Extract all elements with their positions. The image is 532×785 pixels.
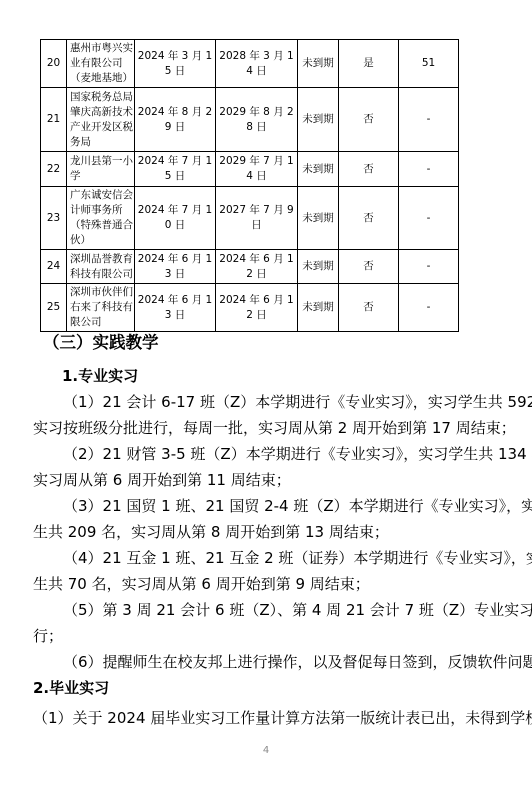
end-date-cell: 2028 年 3 月 14 日 [216,40,298,88]
table-row: 20惠州市粤兴实业有限公司（麦地基地）2024 年 3 月 15 日2028 年… [41,40,459,88]
paragraph-line: （2）21 财管 3-5 班（Z）本学期进行《专业实习》，实习学生共 134 名… [33,441,502,467]
status-cell: 未到期 [298,152,339,187]
flag-cell: 是 [339,40,399,88]
end-date-cell: 2029 年 7 月 14 日 [216,152,298,187]
base-name-cell: 国家税务总局肇庆高新技术产业开发区税务局 [67,88,135,152]
body-text: （三）实践教学 1.专业实习 （1）21 会计 6-17 班（Z）本学期进行《专… [33,316,502,731]
table-row: 21国家税务总局肇庆高新技术产业开发区税务局2024 年 8 月 29 日202… [41,88,459,152]
paragraph-line: （4）21 互金 1 班、21 互金 2 班（证券）本学期进行《专业实习》，实习… [33,545,502,571]
internship-base-table: 20惠州市粤兴实业有限公司（麦地基地）2024 年 3 月 15 日2028 年… [40,39,459,332]
subsection-heading-graduation-internship: 2.毕业实习 [33,675,502,701]
document-page: 20惠州市粤兴实业有限公司（麦地基地）2024 年 3 月 15 日2028 年… [0,0,532,785]
subsection-heading-professional-internship: 1.专业实习 [62,367,502,385]
base-name-cell: 深圳品誉教育科技有限公司 [67,250,135,284]
row-number-cell: 20 [41,40,67,88]
paragraph-line: 生共 70 名，实习周从第 6 周开始到第 9 周结束； [33,571,502,597]
count-cell: 51 [399,40,459,88]
count-cell: - [399,187,459,250]
paragraph-line: 实习周从第 6 周开始到第 11 周结束； [33,467,502,493]
row-number-cell: 22 [41,152,67,187]
graduation-internship-paragraphs: （1）关于 2024 届毕业实习工作量计算方法第一版统计表已出，未得到学校 [33,705,502,731]
end-date-cell: 2027 年 7 月 9 日 [216,187,298,250]
start-date-cell: 2024 年 6 月 13 日 [135,250,216,284]
paragraph-line: （5）第 3 周 21 会计 6 班（Z）、第 4 周 21 会计 7 班（Z）… [33,597,502,623]
start-date-cell: 2024 年 7 月 15 日 [135,152,216,187]
row-number-cell: 23 [41,187,67,250]
paragraph-line: （1）21 会计 6-17 班（Z）本学期进行《专业实习》，实习学生共 592 … [33,389,502,415]
flag-cell: 否 [339,152,399,187]
count-cell: - [399,152,459,187]
start-date-cell: 2024 年 3 月 15 日 [135,40,216,88]
table-row: 23广东诚安信会计师事务所（特殊普通合伙）2024 年 7 月 10 日2027… [41,187,459,250]
flag-cell: 否 [339,187,399,250]
paragraph-line: （6）提醒师生在校友邦上进行操作，以及督促每日签到，反馈软件问题。 [33,649,502,675]
flag-cell: 否 [339,88,399,152]
count-cell: - [399,250,459,284]
table-body: 20惠州市粤兴实业有限公司（麦地基地）2024 年 3 月 15 日2028 年… [41,40,459,332]
paragraph-line: （1）关于 2024 届毕业实习工作量计算方法第一版统计表已出，未得到学校 [33,705,502,731]
end-date-cell: 2024 年 6 月 12 日 [216,250,298,284]
paragraph-line: 生共 209 名，实习周从第 8 周开始到第 13 周结束； [33,519,502,545]
status-cell: 未到期 [298,187,339,250]
section-heading-practice-teaching: （三）实践教学 [43,333,502,353]
page-number: 4 [0,745,532,756]
table-row: 22龙川县第一小学2024 年 7 月 15 日2029 年 7 月 14 日未… [41,152,459,187]
base-name-cell: 惠州市粤兴实业有限公司（麦地基地） [67,40,135,88]
paragraph-line: （3）21 国贸 1 班、21 国贸 2-4 班（Z）本学期进行《专业实习》，实… [33,493,502,519]
paragraph-line: 行； [33,623,502,649]
count-cell: - [399,88,459,152]
status-cell: 未到期 [298,40,339,88]
row-number-cell: 21 [41,88,67,152]
flag-cell: 否 [339,250,399,284]
end-date-cell: 2029 年 8 月 28 日 [216,88,298,152]
table-row: 24深圳品誉教育科技有限公司2024 年 6 月 13 日2024 年 6 月 … [41,250,459,284]
internship-base-table-wrap: 20惠州市粤兴实业有限公司（麦地基地）2024 年 3 月 15 日2028 年… [40,39,458,332]
row-number-cell: 24 [41,250,67,284]
status-cell: 未到期 [298,88,339,152]
start-date-cell: 2024 年 8 月 29 日 [135,88,216,152]
paragraph-line: 实习按班级分批进行，每周一批，实习周从第 2 周开始到第 17 周结束； [33,415,502,441]
base-name-cell: 龙川县第一小学 [67,152,135,187]
professional-internship-paragraphs: （1）21 会计 6-17 班（Z）本学期进行《专业实习》，实习学生共 592 … [33,389,502,675]
start-date-cell: 2024 年 7 月 10 日 [135,187,216,250]
status-cell: 未到期 [298,250,339,284]
base-name-cell: 广东诚安信会计师事务所（特殊普通合伙） [67,187,135,250]
